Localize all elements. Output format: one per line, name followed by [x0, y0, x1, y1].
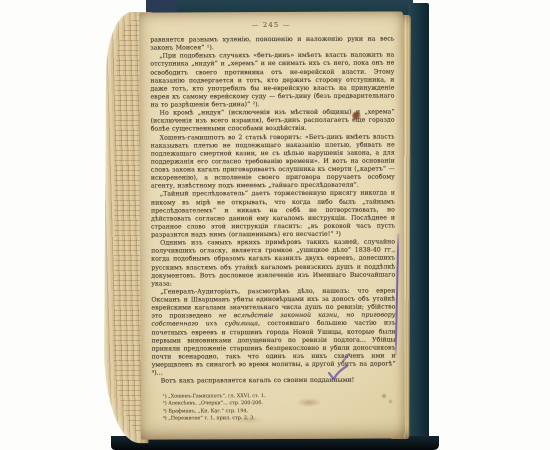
stain-dot: [388, 399, 393, 404]
stain-spot: [352, 111, 361, 121]
paragraph-1: равняется разнымъ хуленію, поношенію и н…: [150, 35, 394, 52]
paragraph-4: Хошенъ-гамишпотъ во 2 статьѣ говоритъ: «…: [151, 133, 395, 191]
page-number: — 245 —: [139, 20, 403, 29]
paragraph-5: „Тайный преслѣдователь“ даетъ торжествен…: [151, 190, 395, 240]
pen-mark-check-icon: [327, 364, 349, 382]
paragraph-7-post: состоявшаго большею частію изъ почетныхъ…: [151, 320, 395, 377]
stain-smudge: [296, 398, 322, 407]
footnotes: ¹) „Хошенъ-Гамишпотъ“, гл. XXVI, ст. 1. …: [163, 393, 396, 422]
stain-dot: [381, 393, 387, 399]
paragraph-8: Вотъ какъ расправляется кагалъ со своими…: [152, 377, 396, 386]
book-cover-right: [408, 3, 429, 443]
book-page: — 245 — равняется разнымъ хуленію, понош…: [139, 11, 405, 439]
page-text: равняется разнымъ хуленію, поношенію и н…: [150, 35, 396, 385]
stain-faint: [232, 416, 266, 424]
footnote-4: ⁴) „Пережитое“ т. 1, прил. стр. 2, 3.: [163, 414, 396, 422]
paragraph-2: „При подобныхъ случаяхъ «бетъ-динъ» имѣе…: [150, 52, 394, 110]
paragraph-7: „Генералъ-Аудиторіатъ, разсмотрѣвъ дѣло,…: [151, 287, 395, 377]
book-photo: — 245 — равняется разнымъ хуленію, понош…: [0, 0, 550, 450]
paragraph-6: Однимъ изъ самыхъ яркихъ примѣровъ таких…: [151, 239, 395, 289]
